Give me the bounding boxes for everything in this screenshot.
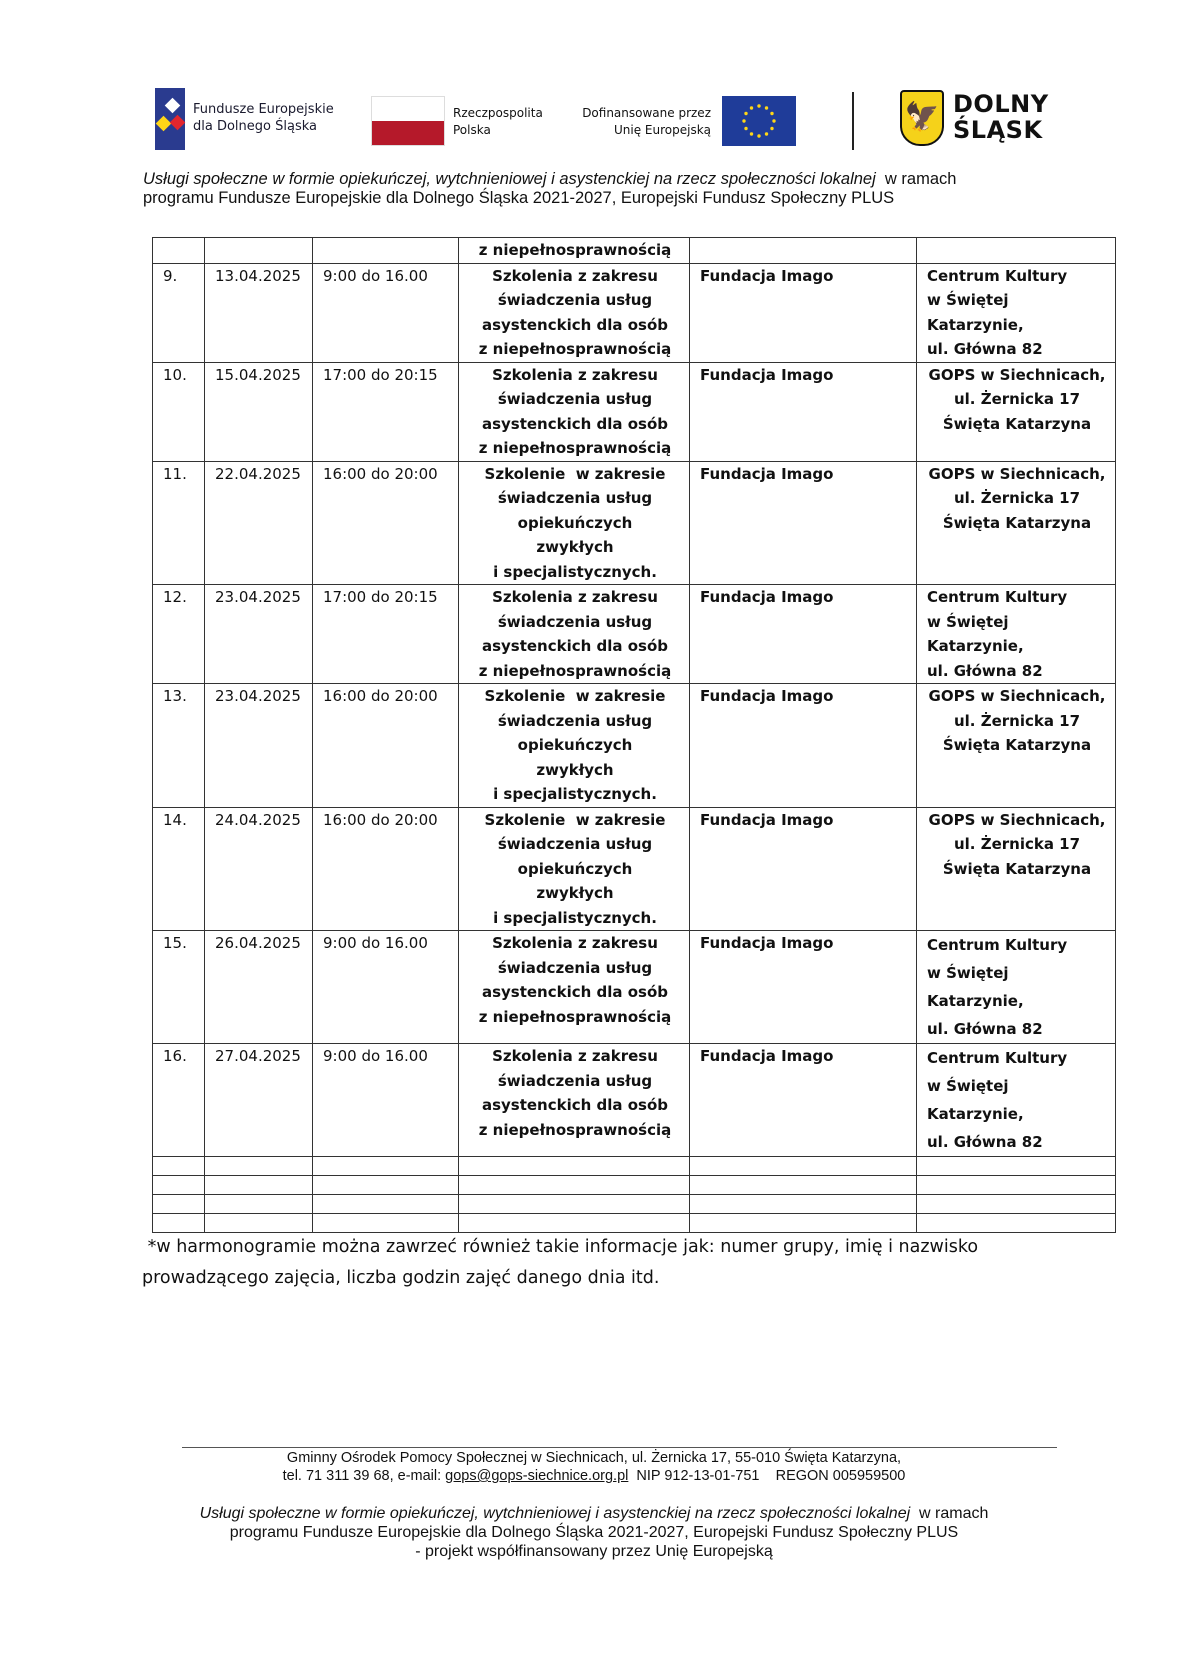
schedule-table: z niepełnosprawnością 9.13.04.20259:00 d… <box>152 237 1116 1233</box>
fe-logo-line2: dla Dolnego Śląska <box>193 118 334 135</box>
row-organizer: Fundacja Imago <box>690 931 917 1044</box>
eu-logo-line2: Unię Europejską <box>573 122 711 139</box>
logo-bar: Fundusze Europejskie dla Dolnego Śląska … <box>155 84 1055 154</box>
row-time: 17:00 do 20:15 <box>313 585 459 684</box>
row-organizer: Fundacja Imago <box>690 461 917 585</box>
pl-logo-line1: Rzeczpospolita <box>453 105 543 122</box>
row-location: GOPS w Siechnicach,ul. Żernicka 17Święta… <box>917 684 1116 808</box>
lower-silesia-eagle-crest-icon: 🦅 <box>900 90 944 146</box>
table-row-empty <box>153 1195 1116 1214</box>
row-location: Centrum Kulturyw Świętej Katarzynie,ul. … <box>917 263 1116 362</box>
row-time: 9:00 do 16.00 <box>313 1044 459 1157</box>
row-location: GOPS w Siechnicach,ul. Żernicka 17Święta… <box>917 461 1116 585</box>
row-organizer: Fundacja Imago <box>690 684 917 808</box>
row-organizer: Fundacja Imago <box>690 263 917 362</box>
row-number: 11. <box>153 461 205 585</box>
eu-logo-line1: Dofinansowane przez <box>573 105 711 122</box>
footer-address-line1: Gminny Ośrodek Pomocy Społecznej w Siech… <box>0 1449 1188 1467</box>
footnote-line2: prowadzącego zajęcia, liczba godzin zaję… <box>142 1263 1062 1294</box>
row-date: 27.04.2025 <box>205 1044 313 1157</box>
table-row: 12.23.04.202517:00 do 20:15Szkolenia z z… <box>153 585 1116 684</box>
table-row: 11.22.04.202516:00 do 20:00Szkolenie w z… <box>153 461 1116 585</box>
row-organizer: Fundacja Imago <box>690 807 917 931</box>
row-organizer: Fundacja Imago <box>690 362 917 461</box>
header-caption-rest: w ramach <box>876 170 957 188</box>
row-time: 9:00 do 16.00 <box>313 931 459 1044</box>
ds-logo-line2: ŚLĄSK <box>953 117 1049 143</box>
table-row-continuation: z niepełnosprawnością <box>153 238 1116 264</box>
ds-logo-line1: DOLNY <box>953 91 1049 117</box>
row-date: 22.04.2025 <box>205 461 313 585</box>
topic-cell: z niepełnosprawnością <box>459 238 690 264</box>
row-time: 16:00 do 20:00 <box>313 461 459 585</box>
table-row: 15.26.04.20259:00 do 16.00Szkolenia z za… <box>153 931 1116 1044</box>
footer-divider <box>182 1447 1057 1448</box>
row-topic: Szkolenia z zakresuświadczenia usługasys… <box>459 263 690 362</box>
table-row-empty <box>153 1214 1116 1233</box>
table-row: 16.27.04.20259:00 do 16.00Szkolenia z za… <box>153 1044 1116 1157</box>
header-caption: Usługi społeczne w formie opiekuńczej, w… <box>143 170 1103 208</box>
row-number: 10. <box>153 362 205 461</box>
footer-email-link[interactable]: gops@gops-siechnice.org.pl <box>445 1468 628 1484</box>
row-topic: Szkolenia z zakresuświadczenia usługasys… <box>459 362 690 461</box>
row-organizer: Fundacja Imago <box>690 1044 917 1157</box>
row-number: 13. <box>153 684 205 808</box>
row-topic: Szkolenie w zakresieświadczenia usługopi… <box>459 807 690 931</box>
header-caption-line2: programu Fundusze Europejskie dla Dolneg… <box>143 189 1103 208</box>
row-time: 9:00 do 16.00 <box>313 263 459 362</box>
row-time: 16:00 do 20:00 <box>313 684 459 808</box>
row-number: 16. <box>153 1044 205 1157</box>
footer-project-italic: Usługi społeczne w formie opiekuńczej, w… <box>200 1505 911 1522</box>
row-date: 23.04.2025 <box>205 684 313 808</box>
table-row: 9.13.04.20259:00 do 16.00Szkolenia z zak… <box>153 263 1116 362</box>
row-time: 16:00 do 20:00 <box>313 807 459 931</box>
fe-star-flag-icon <box>155 88 185 150</box>
fe-logo: Fundusze Europejskie dla Dolnego Śląska <box>155 84 355 154</box>
row-date: 13.04.2025 <box>205 263 313 362</box>
footnote-line1: *w harmonogramie można zawrzeć również t… <box>142 1232 1062 1263</box>
footer-project-info: Usługi społeczne w formie opiekuńczej, w… <box>0 1504 1188 1561</box>
fe-logo-line1: Fundusze Europejskie <box>193 101 334 118</box>
row-date: 26.04.2025 <box>205 931 313 1044</box>
row-topic: Szkolenia z zakresuświadczenia usługasys… <box>459 585 690 684</box>
row-location: Centrum Kulturyw Świętej Katarzynie,ul. … <box>917 1044 1116 1157</box>
row-location: Centrum Kulturyw Świętej Katarzynie,ul. … <box>917 931 1116 1044</box>
row-date: 23.04.2025 <box>205 585 313 684</box>
row-topic: Szkolenie w zakresieświadczenia usługopi… <box>459 461 690 585</box>
footer-address: Gminny Ośrodek Pomocy Społecznej w Siech… <box>0 1449 1188 1485</box>
header-caption-italic: Usługi społeczne w formie opiekuńczej, w… <box>143 170 876 188</box>
row-location: GOPS w Siechnicach,ul. Żernicka 17Święta… <box>917 807 1116 931</box>
row-number: 15. <box>153 931 205 1044</box>
table-row: 10.15.04.202517:00 do 20:15Szkolenia z z… <box>153 362 1116 461</box>
row-topic: Szkolenia z zakresuświadczenia usługasys… <box>459 931 690 1044</box>
row-topic: Szkolenia z zakresuświadczenia usługasys… <box>459 1044 690 1157</box>
table-row-empty <box>153 1157 1116 1176</box>
table-row: 13.23.04.202516:00 do 20:00Szkolenie w z… <box>153 684 1116 808</box>
logo-divider <box>852 92 854 150</box>
row-location: GOPS w Siechnicach,ul. Żernicka 17Święta… <box>917 362 1116 461</box>
footer-project-line3: - projekt współfinansowany przez Unię Eu… <box>0 1542 1188 1561</box>
eu-flag-icon <box>722 96 796 146</box>
row-organizer: Fundacja Imago <box>690 585 917 684</box>
row-topic: Szkolenie w zakresieświadczenia usługopi… <box>459 684 690 808</box>
row-time: 17:00 do 20:15 <box>313 362 459 461</box>
poland-flag-icon <box>371 96 445 146</box>
row-date: 15.04.2025 <box>205 362 313 461</box>
footer-project-line2: programu Fundusze Europejskie dla Dolneg… <box>0 1523 1188 1542</box>
pl-logo-line2: Polska <box>453 122 543 139</box>
row-location: Centrum Kulturyw Świętej Katarzynie,ul. … <box>917 585 1116 684</box>
table-row-empty <box>153 1176 1116 1195</box>
row-number: 9. <box>153 263 205 362</box>
footnote: *w harmonogramie można zawrzeć również t… <box>142 1232 1062 1294</box>
row-number: 14. <box>153 807 205 931</box>
row-date: 24.04.2025 <box>205 807 313 931</box>
row-number: 12. <box>153 585 205 684</box>
table-row: 14.24.04.202516:00 do 20:00Szkolenie w z… <box>153 807 1116 931</box>
